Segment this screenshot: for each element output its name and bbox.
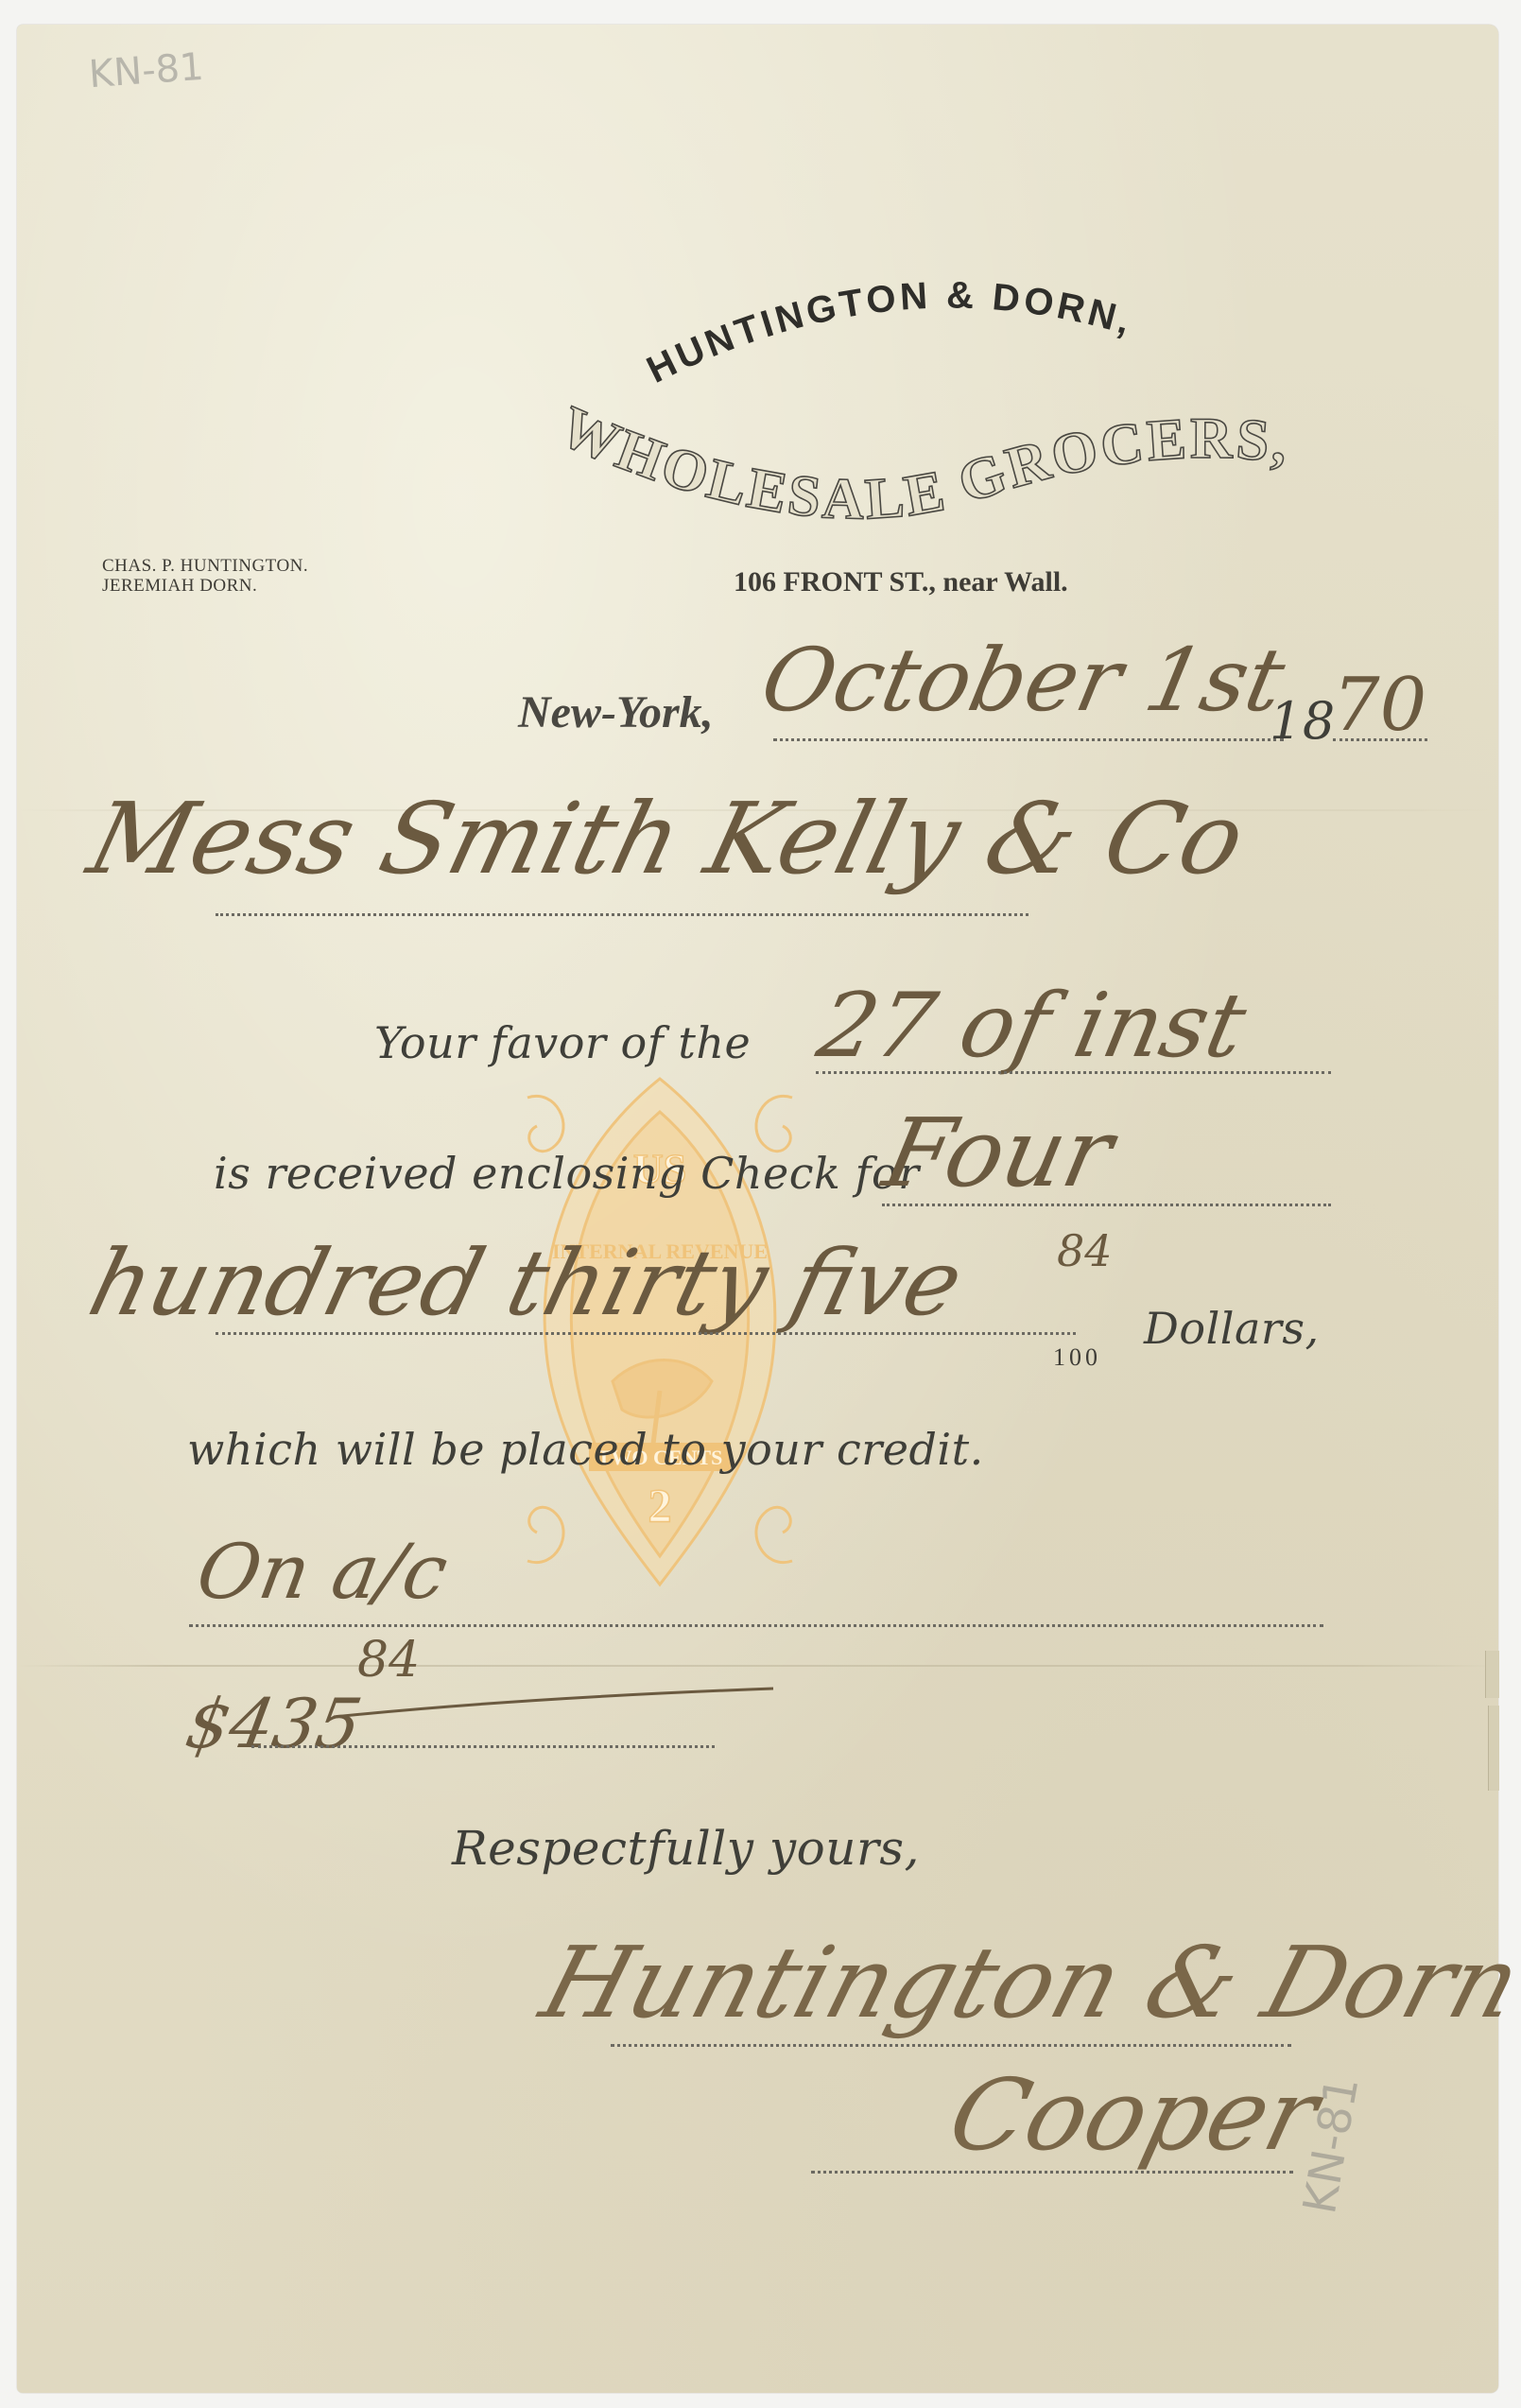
letterhead-arc: HUNTINGTON & DORN, WHOLESALE GROCERS, [17,25,1498,554]
svg-text:HUNTINGTON & DORN,: HUNTINGTON & DORN, [641,274,1139,390]
signatory-handwritten: Cooper [939,2057,1329,2173]
dateline-city: New-York, [518,686,714,738]
edge-tab [1488,1706,1499,1791]
firm-name: HUNTINGTON & DORN, [641,274,1139,390]
signature-handwritten: Huntington & Dorn [530,1925,1521,2040]
year-suffix-handwritten: 70 [1333,663,1426,748]
body-line1-printed: Your favor of the [374,1017,751,1068]
year-prefix: 18 [1270,691,1336,751]
body-line1-handwritten: 27 of inst [809,975,1254,1078]
addressee-handwritten: Mess Smith Kelly & Co [78,781,1256,896]
body-line4-printed: which will be placed to your credit. [187,1424,984,1475]
body-line3-printed: Dollars, [1144,1303,1320,1354]
body-line2-printed: is received enclosing Check for [214,1148,920,1199]
body-line2-rule [882,1204,1331,1206]
svg-text:WHOLESALE GROCERS,: WHOLESALE GROCERS, [550,394,1293,532]
closing-printed: Respectfully yours, [452,1821,920,1876]
signature-rule [611,2044,1291,2047]
edge-tab [1485,1651,1499,1698]
body-line3-rule [216,1332,1076,1335]
body-line2-handwritten: Four [875,1098,1122,1208]
fold-crease [17,1665,1498,1667]
addressee-rule [216,913,1028,916]
letter-sheet: KN-81 KN-81 HUNTINGTON & DORN, WHOLESALE… [17,25,1498,2393]
cents-denominator: 100 [1053,1343,1101,1372]
body-line3-handwritten: hundred thirty five [79,1230,973,1336]
memo-handwritten: On a/c [191,1528,454,1616]
firm-address: 106 FRONT ST., near Wall. [734,566,1068,598]
body-line1-rule [816,1071,1331,1074]
signatory-rule [811,2171,1293,2174]
year-rule [1333,738,1427,741]
partner-name: JEREMIAH DORN. [102,576,257,597]
dateline-date-handwritten: October 1st [753,630,1293,731]
amount-underline-stroke [329,1679,783,1726]
dateline-rule [773,738,1284,741]
partner-name: CHAS. P. HUNTINGTON. [102,556,308,577]
amount-rule [251,1745,715,1748]
stamp-numeral: 2 [648,1479,672,1532]
business-type: WHOLESALE GROCERS, [550,394,1293,532]
cents-numerator: 84 [1057,1225,1113,1276]
memo-rule [189,1624,1323,1627]
